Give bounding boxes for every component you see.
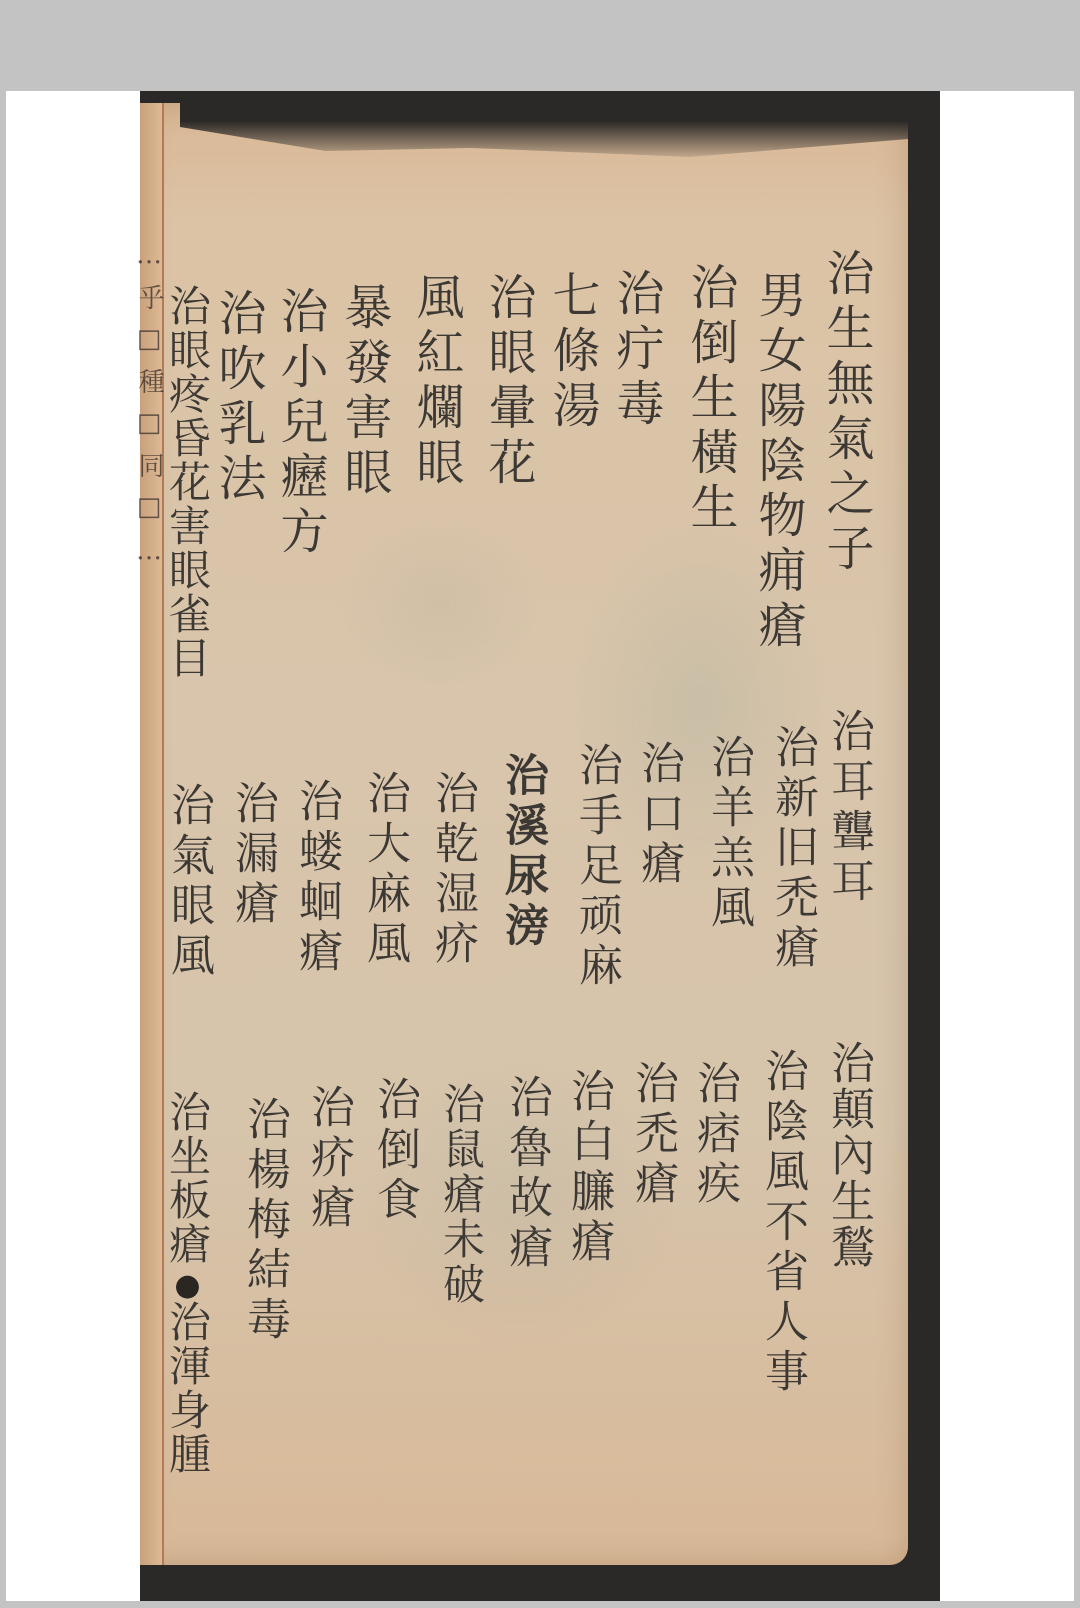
entry-s2-4: 治口瘡 (636, 740, 680, 890)
entry-s2-10: 治漏瘡 (230, 780, 274, 930)
entry-s1-2: 男女陽陰物痈瘡 (754, 270, 802, 655)
entry-s2-6: 治溪尿滂 (500, 752, 544, 952)
margin-strip-text: …乎□種□同□… (136, 240, 162, 580)
entry-s2-1: 治耳聾耳 (826, 708, 870, 908)
entry-s1-9: 治小兒癧方 (276, 286, 324, 561)
entry-s1-7: 風紅爛眼 (412, 272, 460, 492)
entry-s1-5: 七條湯 (548, 270, 596, 435)
entry-s3-3: 治痞疾 (692, 1060, 736, 1210)
entry-s2-11: 治氣眼風 (166, 782, 210, 982)
entry-s3-4: 治禿瘡 (630, 1060, 674, 1210)
entry-s1-4: 治疔毒 (612, 268, 660, 433)
entry-s1-6: 治眼暈花 (484, 272, 532, 492)
entry-s3-5: 治白臁瘡 (566, 1068, 610, 1268)
entry-s3-11: 治坐板瘡 (166, 1090, 208, 1266)
entry-s3-1: 治顛內生鶖 (826, 1040, 870, 1270)
entry-s3-8: 治倒食 (372, 1076, 416, 1226)
entry-s1-10: 治吹乳法 (214, 288, 262, 508)
entry-s1-11: 治眼疼昏花害眼雀目 (166, 284, 208, 680)
entry-s2-2: 治新旧禿瘡 (770, 724, 814, 974)
entry-s2-5: 治手足顽麻 (574, 742, 618, 992)
entry-s3-2: 治陰風不省人事 (760, 1048, 804, 1398)
entry-s3-6: 治魯故瘡 (504, 1074, 548, 1274)
entry-s3-12: 治渾身腫 (166, 1300, 208, 1476)
entry-s1-1: 治生無氣之子 (822, 248, 870, 578)
entry-s3-10: 治楊梅結毒 (242, 1096, 286, 1346)
entry-s1-8: 暴發害眼 (340, 282, 388, 502)
entry-s3-7: 治鼠瘡未破 (440, 1082, 482, 1307)
entry-s2-3: 治羊羔風 (706, 734, 750, 934)
entry-s2-7: 治乾湿疥 (430, 770, 474, 970)
entry-s1-3: 治倒生橫生 (686, 262, 734, 537)
entry-s3-9: 治疥瘡 (306, 1084, 350, 1234)
entry-s2-9: 治蝼蛔瘡 (294, 778, 338, 978)
entry-s2-8: 治大麻風 (362, 770, 406, 970)
